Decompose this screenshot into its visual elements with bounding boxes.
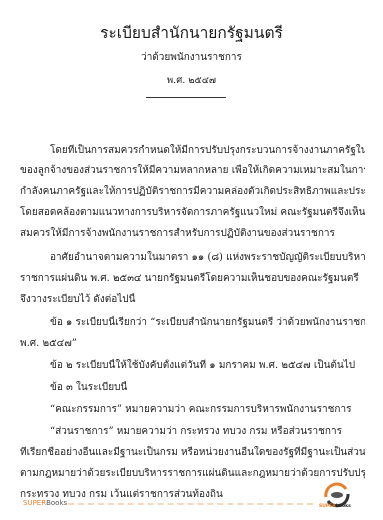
text-line: จึงวางระเบียบไว้ ดังต่อไปนี้	[20, 293, 365, 307]
text-line: “คณะกรรมการ” หมายความว่า คณะกรรมการบริหา…	[50, 403, 365, 417]
text-line: กำลังคนภาครัฐและให้การปฏิบัติราชการมีควา…	[20, 185, 365, 199]
text-line: ของลูกจ้างของส่วนราชการให้มีความหลากหลาย…	[20, 164, 365, 178]
text-line: ข้อ ๑ ระเบียบนี้เรียกว่า “ระเบียบสำนักนา…	[50, 316, 365, 330]
title-divider	[146, 97, 226, 98]
document-subtitle: ว่าด้วยพนักงานราชการ	[0, 50, 383, 65]
text-line: ที่เรียกชื่ออย่างอื่นและมีฐานะเป็นกรม หร…	[20, 446, 365, 460]
text-line: สมควรให้มีการจ้างพนักงานราชการสำหรับการป…	[20, 227, 365, 241]
text-line: ข้อ ๓ ในระเบียบนี้	[50, 381, 365, 395]
text-line: โดยสอดคล้องตามแนวทางการบริหารจัดการภาครั…	[20, 206, 365, 220]
text-line: พ.ศ. ๒๕๔๗”	[20, 337, 365, 351]
text-line: ตามกฎหมายว่าด้วยระเบียบบริหารราชการแผ่นด…	[20, 467, 365, 481]
document-title: ระเบียบสำนักนายกรัฐมนตรี	[0, 20, 383, 45]
text-line: ข้อ ๒ ระเบียบนี้ให้ใช้บังคับตั้งแต่วันที…	[50, 359, 365, 373]
text-line: โดยที่เป็นการสมควรกำหนดให้มีการปรับปรุงก…	[50, 144, 365, 158]
footer-dashed-rule	[68, 503, 313, 505]
text-line: “ส่วนราชการ” หมายความว่า กระทรวง ทบวง กร…	[50, 425, 365, 439]
footer-brand: SUPERBooks	[23, 499, 67, 507]
text-line: กระทรวง ทบวง กรม เว้นแต่ราชการส่วนท้องถิ…	[20, 488, 365, 502]
footer-logo-text: SUPERbooks	[319, 504, 351, 509]
document-year: พ.ศ. ๒๕๔๗	[0, 73, 383, 88]
text-line: ราชการแผ่นดิน พ.ศ. ๒๕๓๔ นายกรัฐมนตรีโดยค…	[20, 272, 365, 286]
document-page: ระเบียบสำนักนายกรัฐมนตรี ว่าด้วยพนักงานร…	[0, 0, 383, 520]
text-line: อาศัยอำนาจตามความในมาตรา ๑๑ (๘) แห่งพระร…	[50, 251, 365, 265]
